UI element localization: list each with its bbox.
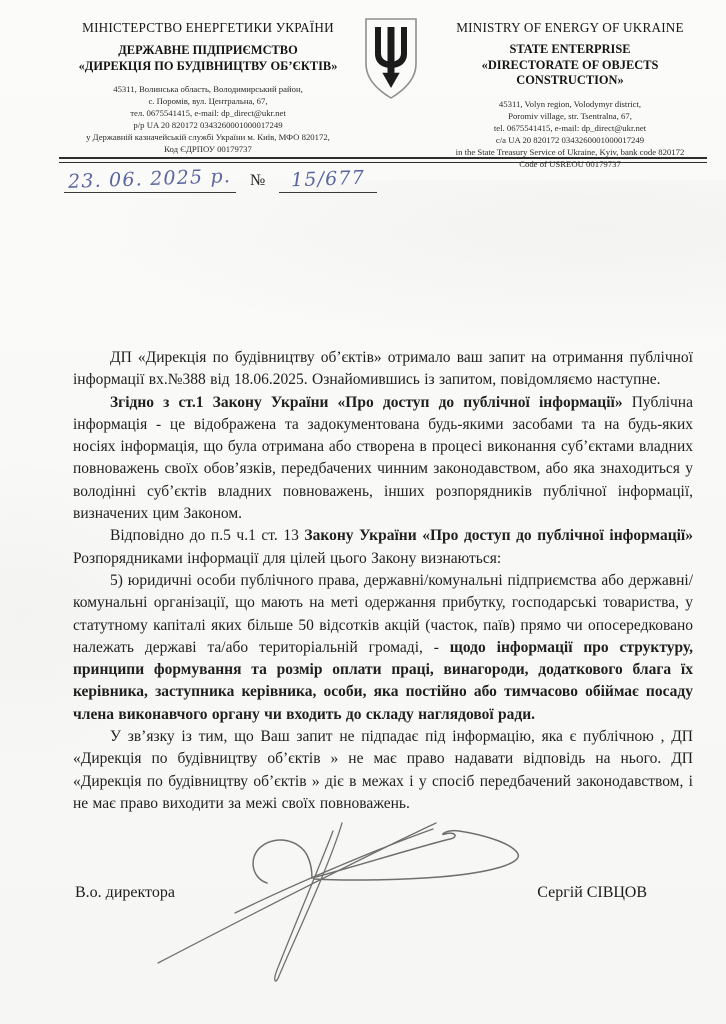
ministry-name-en: MINISTRY OF ENERGY OF UKRAINE: [424, 20, 716, 36]
handwritten-number: 15/677: [291, 167, 366, 192]
enterprise-name-en: STATE ENTERPRISE «DIRECTORATE OF OBJECTS…: [424, 42, 716, 89]
signature-row: В.о. директора Сергій СІВЦОВ: [75, 884, 647, 902]
ukraine-trident-emblem: [362, 16, 420, 102]
handwritten-date: 23. 06. 2025 р.: [68, 165, 232, 193]
address-line: 45311, Volyn region, Volodymyr district,: [424, 98, 716, 110]
reference-line: 23. 06. 2025 р. № 15/677: [64, 168, 377, 193]
handwritten-date-field: 23. 06. 2025 р.: [64, 168, 236, 193]
scan-smudge: [0, 180, 726, 360]
body-text-segment: Відповідно до п.5 ч.1 ст. 13: [110, 527, 304, 544]
body-text-segment: ДП «Дирекція по будівництву об’єктів» от…: [73, 349, 693, 388]
address-line: Код ЄДРПОУ 00179737: [58, 143, 358, 155]
letterhead-english: MINISTRY OF ENERGY OF UKRAINE STATE ENTE…: [424, 20, 716, 170]
letterhead-ukrainian: МІНІСТЕРСТВО ЕНЕРГЕТИКИ УКРАЇНИ ДЕРЖАВНЕ…: [58, 20, 358, 156]
address-block-uk: 45311, Волинська область, Володимирський…: [58, 83, 358, 156]
letter-body: ДП «Дирекція по будівництву об’єктів» от…: [73, 347, 693, 815]
address-line: р/р UA 20 820172 0343260001000017249: [58, 119, 358, 131]
address-line: Poromiv village, str. Tsentralna, 67,: [424, 110, 716, 122]
scanned-letter-page: МІНІСТЕРСТВО ЕНЕРГЕТИКИ УКРАЇНИ ДЕРЖАВНЕ…: [0, 0, 726, 1024]
paragraph-intro: ДП «Дирекція по будівництву об’єктів» от…: [73, 347, 693, 392]
paragraph-law-definition: Згідно з ст.1 Закону України «Про доступ…: [73, 392, 693, 526]
trident-shield-icon: [362, 16, 420, 102]
number-sign-label: №: [250, 172, 265, 193]
address-line: c/a UA 20 820172 0343260001000017249: [424, 134, 716, 146]
body-text-segment-bold: Закону України «Про доступ до публічної …: [304, 527, 693, 544]
address-line: с. Поромів, вул. Центральна, 67,: [58, 95, 358, 107]
enterprise-name-uk: ДЕРЖАВНЕ ПІДПРИЄМСТВО «ДИРЕКЦІЯ ПО БУДІВ…: [58, 43, 358, 74]
letterhead-divider: [59, 157, 707, 163]
body-text-segment-bold: Згідно з ст.1 Закону України «Про доступ…: [110, 394, 632, 411]
signatory-name: Сергій СІВЦОВ: [537, 884, 647, 902]
address-line: тел. 0675541415, e-mail: dp_direct@ukr.n…: [58, 107, 358, 119]
ministry-name-uk: МІНІСТЕРСТВО ЕНЕРГЕТИКИ УКРАЇНИ: [58, 20, 358, 36]
paragraph-item5: 5) юридичні особи публічного права, держ…: [73, 570, 693, 726]
body-text-segment: Розпорядниками інформації для цілей цьог…: [73, 550, 501, 567]
address-line: tel. 0675541415, e-mail: dp_direct@ukr.n…: [424, 122, 716, 134]
body-text-segment: Публічна інформація - це відображена та …: [73, 394, 693, 522]
signatory-title: В.о. директора: [75, 884, 175, 902]
paragraph-article13: Відповідно до п.5 ч.1 ст. 13 Закону Укра…: [73, 525, 693, 570]
address-line: 45311, Волинська область, Володимирський…: [58, 83, 358, 95]
address-line: у Державній казначейській службі України…: [58, 131, 358, 143]
handwritten-number-field: 15/677: [279, 168, 377, 193]
